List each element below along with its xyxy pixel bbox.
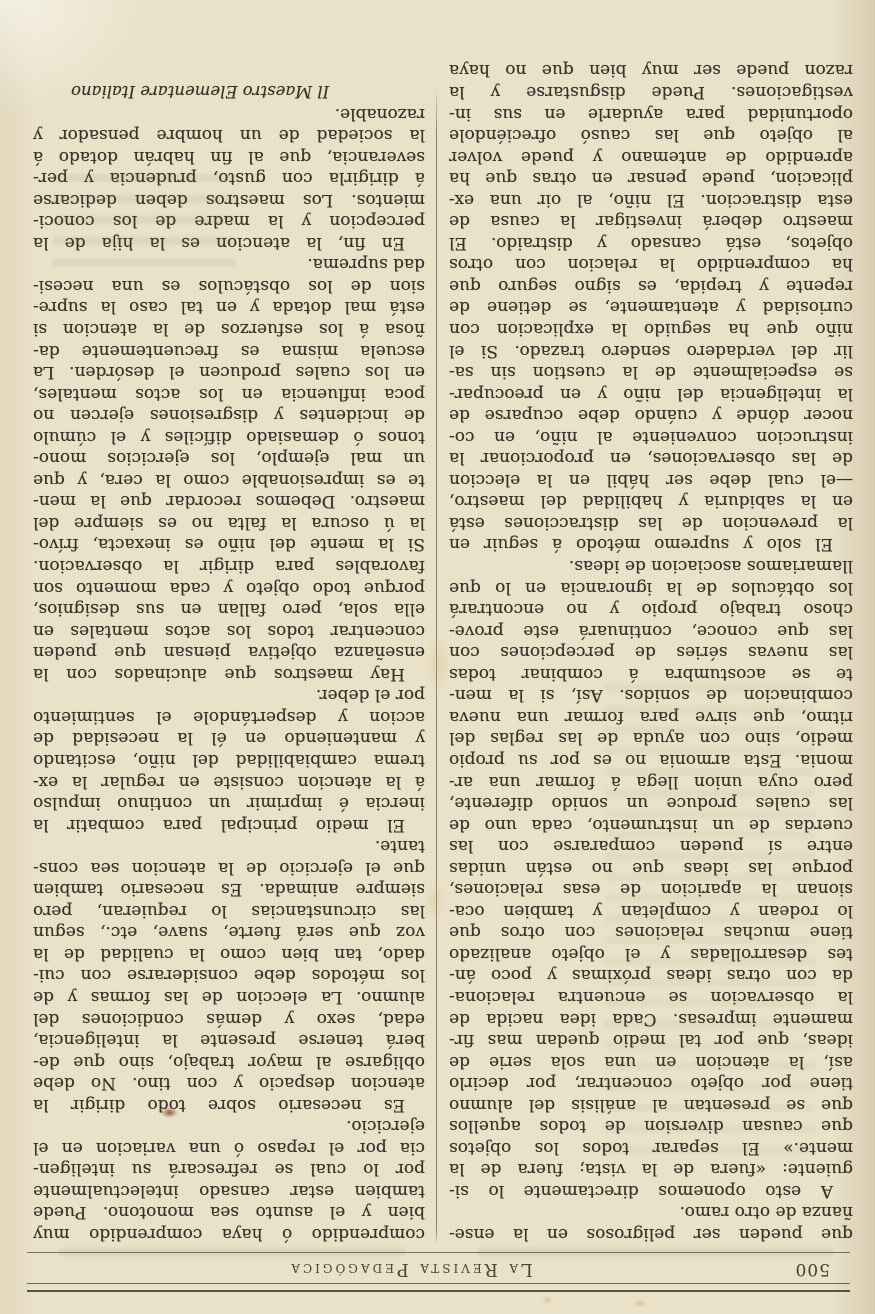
text-line: las que conoce, continuará este prove- [449,619,853,641]
paper-stain [633,1299,647,1308]
text-block: que pueden ser peligrosos en la ense-ñan… [0,59,875,1244]
text-line: repente y trepida, es signo seguro que [449,274,853,296]
text-line: favorables para dirigir la observacion. [33,555,425,577]
text-line: porque las ideas que no están unidas [449,856,853,878]
column-right: comprendido ó haya comprendido muybien y… [33,59,425,1244]
text-line: en la sabiduria y habilidad del maestro, [449,490,853,512]
text-line: los métodos debe considerarse con cui- [33,964,425,986]
paragraph: comprendido ó haya comprendido muybien y… [33,1115,425,1244]
text-line: atencion despacio y con tino. No debe [33,1072,425,1094]
text-line: á la atencion consiste en regular la ex- [33,770,425,792]
paragraph: En fin, la atencion es la hija de laperc… [33,102,425,253]
running-header: 500 La Revista Pedagógica [27,1255,850,1282]
text-line: El medio principal para combatir la [33,813,425,835]
text-line: te es impresionable como la cera, y que [33,468,425,490]
text-line: razonable. [33,102,425,124]
text-line: la observacion se encuentra relaciona- [449,985,853,1007]
text-line: mente.» El separar todos los objetos [449,1136,853,1158]
paragraph: Es necesario sobre todo dirigir laatenci… [33,835,425,1115]
text-line: curiosidad y atentamente, se detiene de [449,296,853,318]
text-line: tes desarrolladas y el objeto analizado [449,942,853,964]
text-line: medio, sino con ayuda de las reglas del [449,727,853,749]
text-line: la inteligencia del niño y en preocupar- [449,382,853,404]
text-line: plicacion, puede pensar en otras que ha [449,167,853,189]
text-line: objetos, está cansado y distraido. El [449,231,853,253]
text-line: cuerdas de un instrumento, cada uno de [449,813,853,835]
text-line: la prevencion de las distracciones está [449,511,853,533]
attribution-line: Il Maestro Elementare Italiano [33,80,425,102]
text-line: esta distraccion. El niño, al oir una ex… [449,188,853,210]
text-line: instruccion conveniente al niño, en co- [449,425,853,447]
text-line: combinacion de sonidos. Así, si la men- [449,684,853,706]
text-line: las cuales produce un sonido diferente, [449,792,853,814]
text-line: tiene por objeto concentrar, por decirlo [449,1072,853,1094]
paragraph: A esto oponemos directamente lo si-guien… [449,555,853,1201]
text-line: ideas, que por tal medio quedan mas fir- [449,1029,853,1051]
text-line: tambien estar cansado intelectualmente [33,1179,425,1201]
text-line: choso trabajo propio y no encontrará [449,598,853,620]
scanned-page: 500 La Revista Pedagógica que pueden ser… [0,0,875,1314]
header-double-rule [27,1283,850,1292]
text-line: ritmo, que sirve para formar una nueva [449,705,853,727]
text-line: que se presentan al análisis del alumno [449,1093,853,1115]
text-line: comprendido ó haya comprendido muy [33,1222,425,1244]
text-line: pero cuya union llega á formar una ar- [449,770,853,792]
text-line: llamariamos asociacion de ideas. [449,555,853,577]
text-line: aprendido de antemano y puede volver [449,145,853,167]
text-line: lir del verdadero sendero trazado. Si el [449,339,853,361]
text-line: que causan diversion de todos aquellos [449,1115,853,1137]
text-line: y manteniendo en él la necesidad de [33,727,425,749]
column-left: que pueden ser peligrosos en la ense-ñan… [449,59,853,1244]
text-line: El solo y supremo método á seguir en [449,533,853,555]
paragraph: que pueden ser peligrosos en la ense-ñan… [449,1201,853,1244]
paragraph: Hay maestros que alucinados con laenseña… [33,253,425,684]
text-line: por lo cual se refrescará su inteligen- [33,1158,425,1180]
text-line: inercia é imprimir un continuo impulso [33,792,425,814]
text-line: bien y el asunto sea monotono. Puede [33,1201,425,1223]
text-line: te se acostumbra á combinar todas [449,662,853,684]
paragraph: El medio principal para combatir lainerc… [33,684,425,835]
text-line: razon puede ser muy bien que no haya [449,59,853,81]
text-line: mientos. Los maestros deben dedicarse [33,188,425,210]
text-line: obligarse al mayor trabajo, sino que de- [33,1050,425,1072]
text-line: oportunidad para ayudarle en sus in- [449,102,853,124]
text-line: que el ejercicio de la atencion sea cons… [33,856,425,878]
text-line: vestigaciones. Puede disgustarse y la [449,80,853,102]
header-rule [27,1252,850,1253]
text-line: Il Maestro Elementare Italiano [33,80,425,102]
text-line: monia. Esta armonia no es por su propio [449,748,853,770]
text-line: los obtáculos de la ignorancia en lo que [449,576,853,598]
text-line: siempre animada. Es necesario tambien [33,878,425,900]
text-line: en los cuales producen el desórden. La [33,361,425,383]
text-line: maestro deberá investigar la causa de [449,210,853,232]
text-line: da con otras ideas próximas y poco án- [449,964,853,986]
journal-title: La Revista Pedagógica [0,1259,822,1279]
text-line: maestro. Debemos recordar que la men- [33,490,425,512]
text-line: A esto oponemos directamente lo si- [449,1179,853,1201]
text-line: tiene muchas relaciones con otros que [449,921,853,943]
text-line: Es necesario sobre todo dirigir la [33,1093,425,1115]
text-line: así, la atencion en una sola serie de [449,1050,853,1072]
text-line: —el cual debe ser hábil en la eleccion [449,468,853,490]
text-line: ella sola, pero fallan en sus designios, [33,598,425,620]
text-line: En fin, la atencion es la hija de la [33,231,425,253]
text-line: niño que ha seguido la explicacion con [449,317,853,339]
text-line: porque todo objeto y cada momento son [33,576,425,598]
text-line: tante. [33,835,425,857]
text-line: concentrar todos los actos mentales en [33,619,425,641]
text-line: nocer dónde y cuándo debe ocuparse de [449,404,853,426]
text-line: berá tenerse presente la inteligencia, [33,1029,425,1051]
text-line: por el deber. [33,684,425,706]
text-line: severancia, que al fin habrán dotado á [33,145,425,167]
paper-stain [542,1296,553,1304]
text-line: ñanza de otro ramo. [449,1201,853,1223]
text-line: dad suprema. [33,253,425,275]
column-divider-rule [436,85,437,1244]
text-line: sion de los obstáculos es una necesi- [33,274,425,296]
text-line: á dirigirla con gusto, prudencia y per- [33,167,425,189]
text-line: de incidentes y disgresiones ejercen no [33,404,425,426]
text-line: edad, sexo y demás condiciones del [33,1007,425,1029]
text-line: que pueden ser peligrosos en la ense- [449,1222,853,1244]
text-line: guiente: «fuera de la vista; fuera de la [449,1158,853,1180]
text-line: la ú oscura la falta no es siempre del [33,511,425,533]
text-line: percepcion y la madre de los conoci- [33,210,425,232]
text-line: las nuevas séries de percepciones con [449,641,853,663]
text-line: la sociedad de un hombre pensador y [33,124,425,146]
text-line: las circunstancias lo requieran, pero [33,899,425,921]
text-line: ha comprendido la relacion con otros [449,253,853,275]
text-line: trema cambiabilidad del niño, escitando [33,748,425,770]
text-line: Hay maestros que alucinados con la [33,662,425,684]
text-line: tonos ó demasiado difíciles y el cúmulo [33,425,425,447]
text-line: de las observaciones, en proporcionar la [449,447,853,469]
text-line: lo rodean y completan y tambien oca- [449,899,853,921]
text-line: dado, tan bien como la cualidad de la [33,942,425,964]
text-line: cia por el repaso ó una variacion en el [33,1136,425,1158]
text-line: accion y despertándole el sentimiento [33,705,425,727]
text-line: poca influencia en los actos mentales, [33,382,425,404]
paragraph: El solo y supremo método á seguir enla p… [449,59,853,555]
text-line: se especialmente de la cuestion sin sa- [449,361,853,383]
text-line: está mal dotada y en tal caso la supre- [33,296,425,318]
text-line: alumno. La eleccion de las formas y de [33,985,425,1007]
text-line: al objeto que las causó ofreciéndole [449,124,853,146]
text-line: ñosa á los esfuerzos de la atencion si [33,317,425,339]
text-line: escuela misma es frecuentemente da- [33,339,425,361]
text-line: ejercicio. [33,1115,425,1137]
text-line: enseñanza objetiva piensan que pueden [33,641,425,663]
text-line: sionan la aparicion de esas relaciones, [449,878,853,900]
text-line: voz que será fuerte, suave, etc., segun [33,921,425,943]
scan-viewport: 500 La Revista Pedagógica que pueden ser… [0,0,875,1314]
text-line: entre sí pueden compararse con las [449,835,853,857]
text-line: Si la mente del niño es inexacta, frívo- [33,533,425,555]
text-line: un mal ejemplo, los ejercicios mono- [33,447,425,469]
text-line: mamente impresas. Cada idea nacida de [449,1007,853,1029]
